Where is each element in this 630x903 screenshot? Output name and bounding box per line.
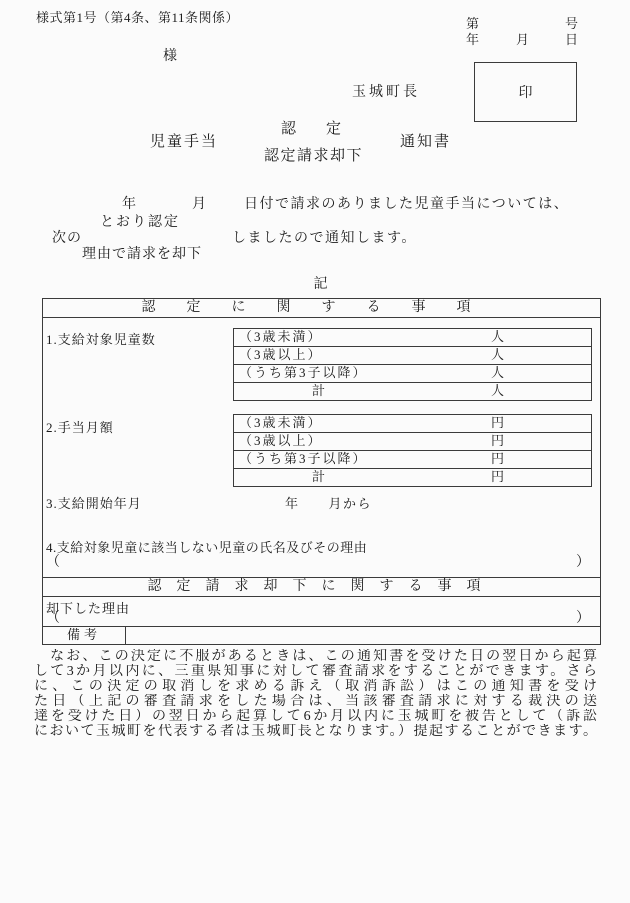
row-unit: 人: [491, 347, 504, 363]
issuer-name: 玉城町長: [352, 85, 420, 101]
child-count-row: （3歳以上） 人: [234, 347, 591, 365]
title-stack-bottom: 認定請求却下: [264, 148, 363, 165]
child-count-row: （うち第3子以降） 人: [234, 365, 591, 383]
title-stack-top: 認 定: [281, 121, 341, 138]
row-unit: 人: [491, 329, 504, 345]
doc-number-prefix: 第: [466, 17, 479, 32]
appeal-notice-line: に、この決定の取消しを求める訴え（取消訴訟）はこの通知書を受け: [34, 679, 597, 694]
row-label: （うち第3子以降）: [239, 365, 368, 381]
body-line2-prefix: 次の: [52, 231, 82, 247]
item1-label: 1.支給対象児童数: [46, 329, 156, 348]
open-paren: （: [46, 611, 60, 627]
row-unit: 人: [491, 383, 504, 399]
remarks-value-cell: [126, 627, 600, 644]
monthly-amount-row: （3歳以上） 円: [234, 433, 591, 451]
appeal-notice-line: して3か月以内に、三重県知事に対して審査請求をすることができます。さら: [34, 664, 597, 679]
seal-label: 印: [519, 82, 533, 102]
open-paren: （: [46, 555, 60, 571]
section1-body: 1.支給対象児童数 （3歳未満） 人 （3歳以上） 人 （うち第3子以降） 人 …: [43, 318, 600, 578]
rejection-section: 却下した理由 （ ）: [43, 597, 600, 627]
row-unit: 人: [491, 365, 504, 381]
date-year-label: 年: [466, 33, 479, 48]
row-label: （3歳以上）: [239, 347, 323, 363]
appeal-notice-line: 達を受けた日）の翌日から起算して6か月以内に玉城町を被告として（訴訟: [34, 709, 597, 724]
date-day-label: 日: [565, 33, 578, 48]
item3-label: 3.支給開始年月: [46, 493, 142, 512]
title-left: 児童手当: [150, 134, 218, 151]
section2-header: 認定請求却下に関する事項: [43, 578, 600, 597]
body-line2-stack-top: とおり認定: [100, 215, 180, 231]
item3-value: 年 月から: [285, 493, 372, 512]
row-label: （3歳以上）: [239, 433, 323, 449]
child-count-table: （3歳未満） 人 （3歳以上） 人 （うち第3子以降） 人 計 人: [233, 328, 592, 401]
child-allowance-notification-form: 様式第1号（第4条、第11条関係） 第 号 年 月 日 様 玉城町長 印 児童手…: [0, 0, 630, 903]
appeal-notice-line: た日（上記の審査請求をした場合は、当該審査請求に対する裁決の送: [34, 694, 597, 709]
body-line1-month: 月: [192, 197, 206, 213]
child-count-total-row: 計 人: [234, 383, 591, 400]
section1-header: 認定に関する事項: [43, 299, 600, 318]
record-mark: 記: [42, 277, 599, 293]
row-label: （3歳未満）: [239, 329, 323, 345]
body-line1-rest: 日付で請求のありました児童手当については、: [244, 197, 569, 213]
body-line2-suffix: しましたので通知します。: [232, 231, 417, 247]
monthly-amount-row: （うち第3子以降） 円: [234, 451, 591, 469]
form-number: 様式第1号（第4条、第11条関係）: [36, 11, 239, 26]
row-unit: 円: [491, 415, 504, 431]
close-paren: ）: [576, 555, 590, 571]
date-month-label: 月: [516, 33, 529, 48]
item2-label: 2.手当月額: [46, 417, 114, 436]
row-label: （3歳未満）: [239, 415, 323, 431]
remarks-row: 備考: [43, 627, 600, 644]
appeal-notice-line: において玉城町を代表する者は玉城町長となります。）提起することができます。: [34, 724, 597, 739]
appeal-notice: なお、この決定に不服があるときは、この通知書を受けた日の翌日から起算 して3か月…: [34, 649, 597, 739]
body-line1-year: 年: [122, 197, 136, 213]
row-label: （うち第3子以降）: [239, 451, 368, 467]
row-label: 計: [312, 469, 325, 485]
row-unit: 円: [491, 469, 504, 485]
recipient-honorific: 様: [163, 49, 177, 65]
monthly-amount-table: （3歳未満） 円 （3歳以上） 円 （うち第3子以降） 円 計 円: [233, 414, 592, 487]
remarks-label: 備考: [43, 627, 126, 644]
child-count-row: （3歳未満） 人: [234, 329, 591, 347]
row-label: 計: [312, 383, 325, 399]
row-unit: 円: [491, 451, 504, 467]
title-right: 通知書: [400, 134, 451, 151]
monthly-amount-row: （3歳未満） 円: [234, 415, 591, 433]
doc-number-suffix: 号: [565, 17, 578, 32]
monthly-amount-total-row: 計 円: [234, 469, 591, 486]
appeal-notice-line: なお、この決定に不服があるときは、この通知書を受けた日の翌日から起算: [34, 649, 597, 664]
row-unit: 円: [491, 433, 504, 449]
item4-label: 4.支給対象児童に該当しない児童の氏名及びその理由: [46, 537, 367, 556]
close-paren: ）: [576, 611, 590, 627]
decision-table: 認定に関する事項 1.支給対象児童数 （3歳未満） 人 （3歳以上） 人 （うち…: [42, 298, 601, 645]
seal-box: 印: [474, 62, 577, 122]
body-line2-stack-bottom: 理由で請求を却下: [82, 247, 202, 263]
